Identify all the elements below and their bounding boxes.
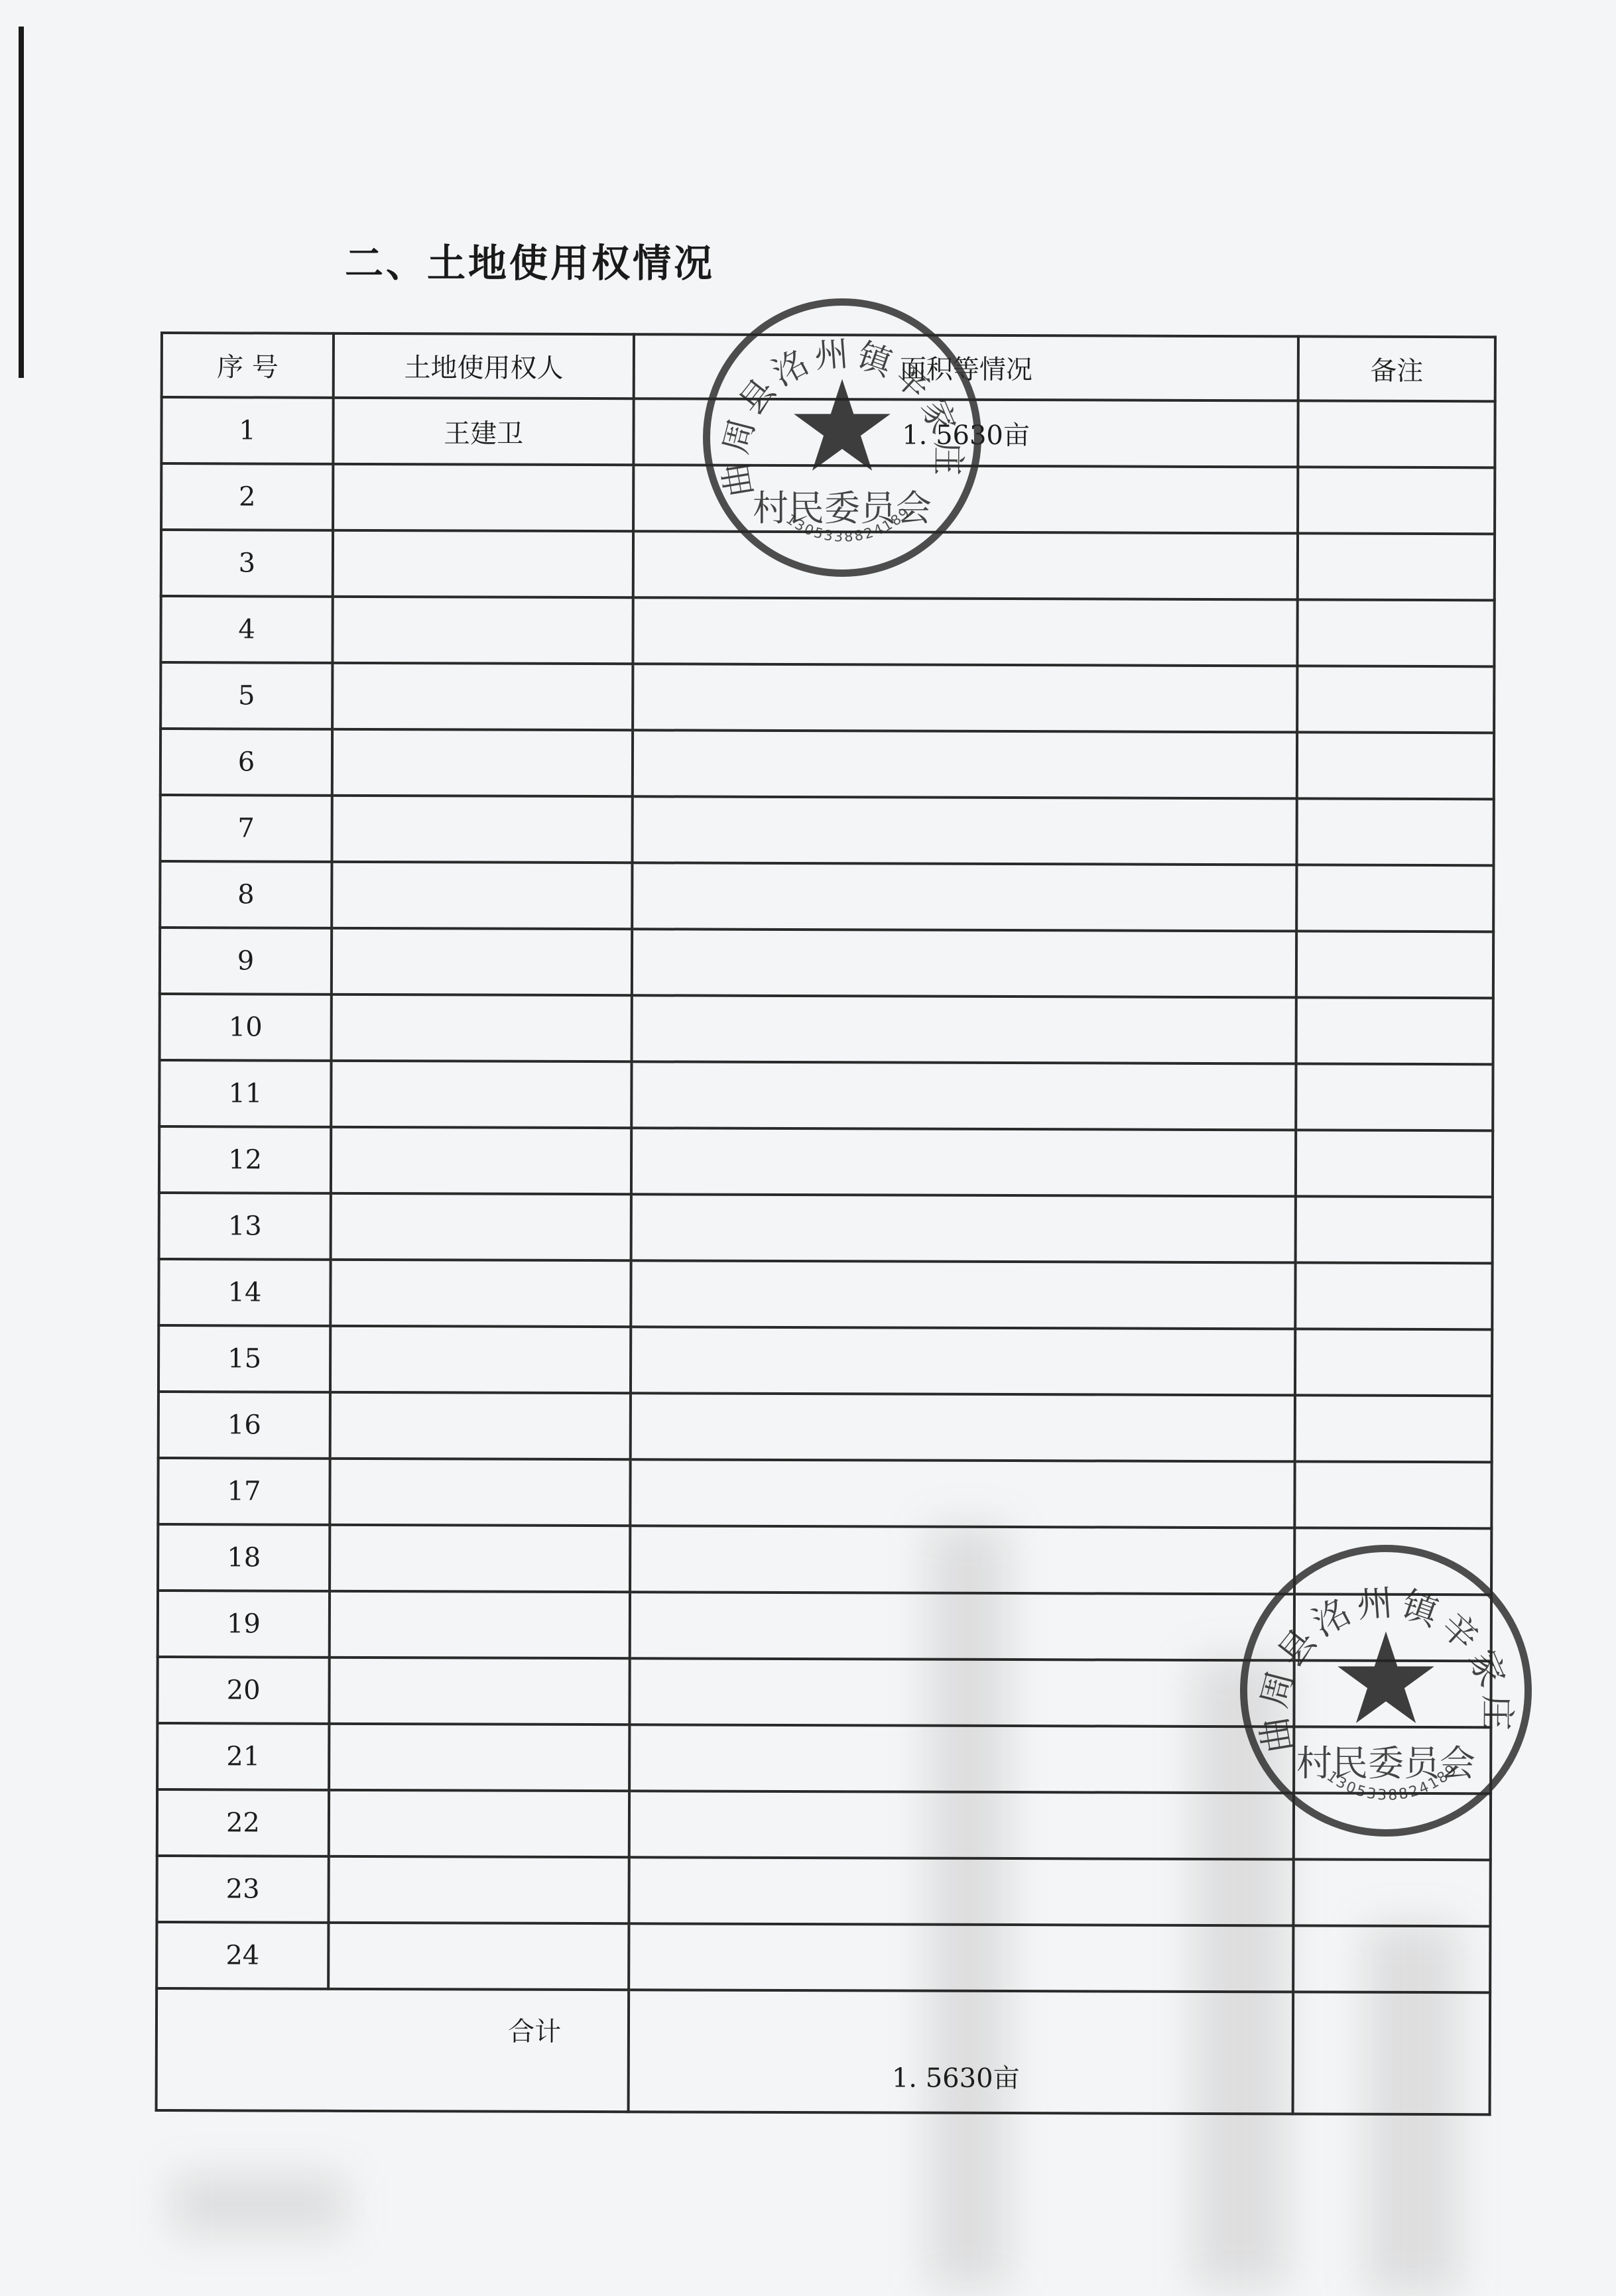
- row-land-user: [329, 1658, 629, 1724]
- table-row: 14: [158, 1259, 1492, 1329]
- row-area: [630, 1526, 1294, 1594]
- row-land-user: [332, 663, 633, 730]
- row-area: [633, 796, 1297, 865]
- table-row: 6: [160, 729, 1494, 799]
- row-serial-number: 3: [161, 530, 333, 597]
- row-area: [630, 1658, 1294, 1726]
- row-area: [632, 929, 1296, 997]
- row-remark: [1297, 599, 1494, 666]
- row-area: [629, 1791, 1294, 1859]
- row-area: [631, 1128, 1296, 1196]
- row-land-user: [332, 729, 633, 796]
- row-remark: [1296, 1130, 1493, 1197]
- row-remark: [1296, 1063, 1493, 1130]
- row-serial-number: 21: [157, 1723, 329, 1790]
- header-serial-number: 序 号: [162, 333, 334, 398]
- row-serial-number: 22: [157, 1789, 329, 1856]
- row-serial-number: 4: [160, 596, 332, 663]
- row-serial-number: 20: [157, 1657, 329, 1724]
- star-icon: ★: [1330, 1616, 1442, 1742]
- row-area: [629, 1724, 1294, 1793]
- row-remark: [1296, 865, 1493, 932]
- row-area: [633, 730, 1297, 798]
- row-land-user: [331, 1193, 631, 1260]
- total-area: 1. 5630亩: [629, 1990, 1293, 2114]
- row-area: [631, 1260, 1296, 1329]
- row-serial-number: 19: [158, 1591, 330, 1658]
- row-remark: [1297, 732, 1494, 799]
- row-area: [633, 597, 1298, 666]
- row-remark: [1295, 1196, 1492, 1263]
- row-area: [629, 1923, 1293, 1992]
- row-land-user: [329, 1724, 629, 1791]
- row-land-user: [329, 1856, 629, 1923]
- row-serial-number: 23: [156, 1856, 328, 1923]
- table-row: 23: [156, 1856, 1490, 1926]
- row-land-user: 王建卫: [333, 398, 633, 465]
- header-land-user: 土地使用权人: [334, 333, 634, 398]
- row-land-user: [330, 1260, 631, 1327]
- table-row: 24: [156, 1922, 1490, 1992]
- row-serial-number: 12: [159, 1126, 331, 1193]
- official-seal: 曲周县洺州镇辛家庄 1305338824189 ★ 村民委员会: [1240, 1545, 1532, 1837]
- table-row: 17: [158, 1458, 1491, 1528]
- row-area: [630, 1592, 1294, 1660]
- scan-edge-artifact: [19, 27, 24, 378]
- row-remark: [1295, 1329, 1492, 1396]
- table-row: 7: [160, 795, 1493, 865]
- row-serial-number: 15: [158, 1325, 330, 1392]
- row-land-user: [331, 1127, 631, 1194]
- row-serial-number: 18: [158, 1524, 330, 1591]
- row-serial-number: 1: [161, 397, 333, 464]
- row-land-user: [328, 1923, 629, 1990]
- row-land-user: [333, 597, 633, 664]
- row-serial-number: 5: [160, 662, 332, 729]
- row-area: [632, 995, 1296, 1063]
- table-row: 15: [158, 1325, 1492, 1396]
- row-remark: [1297, 666, 1494, 733]
- row-area: [631, 1393, 1295, 1461]
- row-remark: [1296, 997, 1493, 1064]
- row-area: [633, 664, 1297, 732]
- row-land-user: [332, 796, 633, 863]
- row-land-user: [333, 530, 633, 597]
- row-land-user: [332, 928, 632, 995]
- row-serial-number: 24: [156, 1922, 328, 1989]
- star-icon: ★: [786, 364, 899, 490]
- row-serial-number: 6: [160, 729, 332, 796]
- row-serial-number: 17: [158, 1458, 330, 1525]
- seal-org-text: 村民委员会: [710, 480, 974, 531]
- row-land-user: [333, 464, 633, 531]
- table-row: 12: [159, 1126, 1493, 1197]
- seal-org-text: 村民委员会: [1247, 1735, 1524, 1786]
- row-remark: [1298, 400, 1495, 467]
- row-land-user: [330, 1392, 631, 1459]
- row-serial-number: 11: [159, 1060, 331, 1127]
- row-land-user: [329, 1790, 629, 1857]
- row-remark: [1295, 1262, 1492, 1329]
- row-remark: [1298, 467, 1495, 534]
- row-land-user: [330, 1326, 631, 1393]
- total-row: 合计 1. 5630亩: [156, 1988, 1491, 2114]
- row-remark: [1296, 931, 1493, 998]
- row-area: [631, 1194, 1296, 1262]
- row-remark: [1293, 1925, 1490, 1992]
- row-area: [632, 863, 1296, 931]
- row-remark: [1298, 533, 1495, 600]
- table-row: 10: [160, 994, 1493, 1064]
- table-row: 16: [158, 1392, 1492, 1462]
- table-row: 11: [159, 1060, 1493, 1130]
- table-row: 8: [160, 861, 1493, 932]
- row-serial-number: 10: [160, 994, 332, 1061]
- row-land-user: [331, 1061, 631, 1128]
- row-remark: [1296, 798, 1493, 865]
- total-remark: [1292, 1992, 1490, 2114]
- row-area: [631, 1327, 1295, 1395]
- row-area: [631, 1459, 1295, 1528]
- scan-shadow: [172, 2175, 345, 2234]
- row-land-user: [330, 1525, 630, 1592]
- row-land-user: [332, 995, 632, 1061]
- row-serial-number: 8: [160, 861, 332, 928]
- row-serial-number: 14: [158, 1259, 330, 1326]
- section-title: 二、土地使用权情况: [345, 232, 715, 288]
- row-land-user: [330, 1459, 630, 1526]
- row-serial-number: 13: [159, 1193, 331, 1260]
- row-serial-number: 9: [160, 928, 332, 995]
- total-label: 合计: [156, 1988, 629, 2112]
- table-row: 13: [159, 1193, 1493, 1263]
- table-row: 5: [160, 662, 1494, 733]
- row-remark: [1293, 1859, 1490, 1926]
- table-row: 9: [160, 928, 1493, 998]
- row-serial-number: 7: [160, 795, 332, 862]
- row-serial-number: 16: [158, 1392, 330, 1459]
- official-seal: 曲周县洺州镇辛家庄 1305338824189 ★ 村民委员会: [703, 298, 981, 577]
- row-area: [632, 1061, 1296, 1130]
- row-area: [629, 1857, 1294, 1925]
- land-use-rights-table: 序 号 土地使用权人 面积等情况 备注 1王建卫1. 5630亩23456789…: [155, 332, 1497, 2116]
- table-row: 4: [160, 596, 1494, 666]
- header-remarks: 备注: [1298, 336, 1495, 401]
- row-remark: [1294, 1395, 1491, 1462]
- row-remark: [1294, 1461, 1491, 1528]
- row-land-user: [332, 862, 632, 929]
- row-land-user: [330, 1591, 630, 1658]
- row-serial-number: 2: [161, 463, 333, 530]
